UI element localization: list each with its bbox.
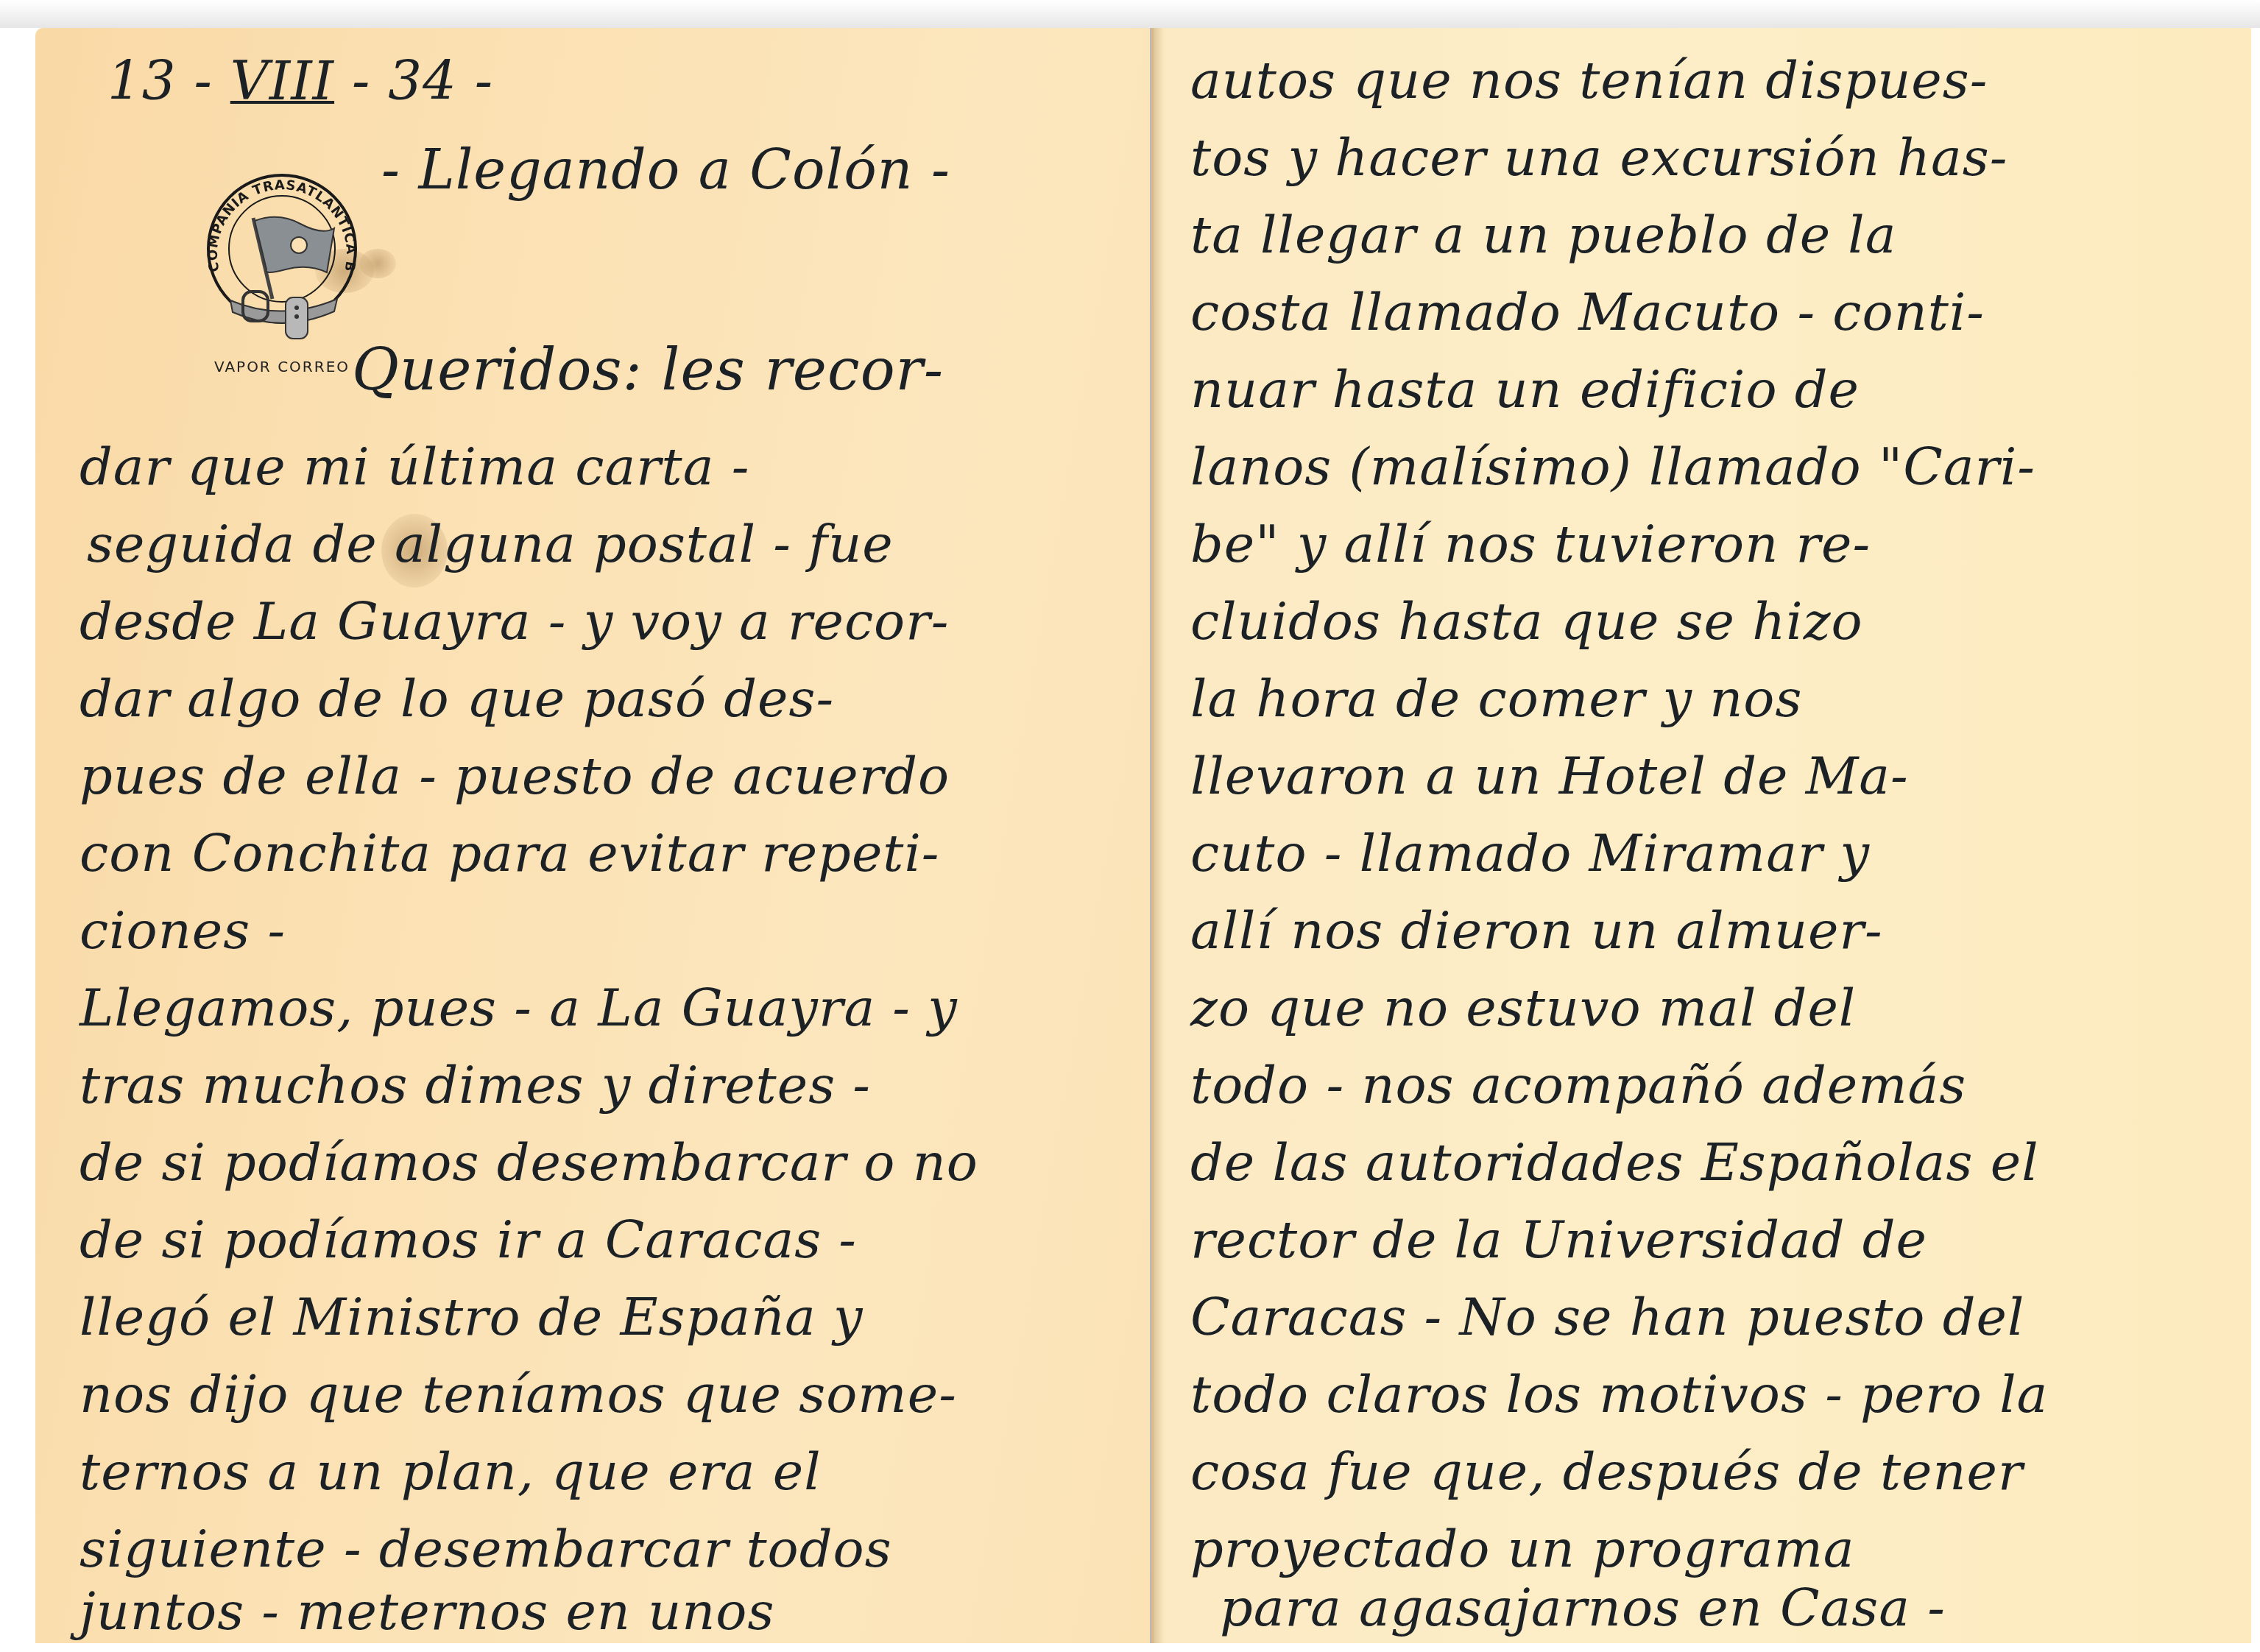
letter-line: tras muchos dimes y diretes - bbox=[80, 1055, 871, 1115]
letter-line: be" y allí nos tuvieron re- bbox=[1190, 514, 1871, 574]
letter-line: de si podíamos ir a Caracas - bbox=[80, 1210, 857, 1270]
letter-line: ternos a un plan, que era el bbox=[80, 1441, 822, 1502]
letter-line: todo claros los motivos - pero la bbox=[1190, 1364, 2048, 1425]
scanner-top-edge bbox=[0, 0, 2260, 28]
letter-line: siguiente - desembarcar todos bbox=[80, 1519, 892, 1579]
date-month: VIII bbox=[230, 50, 334, 112]
letter-heading: - Llegando a Colón - bbox=[381, 138, 950, 202]
letter-line: Llegamos, pues - a La Guayra - y bbox=[80, 978, 958, 1038]
letter-line: cluidos hasta que se hizo bbox=[1190, 591, 1863, 652]
letter-line: cuto - llamado Miramar y bbox=[1190, 823, 1870, 883]
letter-line: rector de la Universidad de bbox=[1190, 1210, 1927, 1270]
letter-line: pues de ella - puesto de acuerdo bbox=[80, 746, 950, 806]
letter-line: dar algo de lo que pasó des- bbox=[80, 668, 834, 729]
letter-line: la hora de comer y nos bbox=[1190, 668, 1802, 729]
date-day: 13 - bbox=[107, 50, 213, 112]
letter-line: dar que mi última carta - bbox=[80, 437, 749, 497]
letter-line: todo - nos acompañó además bbox=[1190, 1055, 1966, 1115]
letter-line: Queridos: les recor- bbox=[352, 337, 944, 403]
letter-line: tos y hacer una excursión has- bbox=[1190, 127, 2007, 188]
letter-line: lanos (malísimo) llamado "Cari- bbox=[1190, 437, 2035, 497]
letter-line: juntos - meternos en unos bbox=[80, 1581, 774, 1642]
letter-date: 13 - VIII - 34 - bbox=[107, 50, 493, 112]
letter-line: nos dijo que teníamos que some- bbox=[80, 1364, 957, 1425]
letter-line: nuar hasta un edificio de bbox=[1190, 359, 1860, 420]
letter-line: llevaron a un Hotel de Ma- bbox=[1190, 746, 1909, 806]
letter-line: ciones - bbox=[80, 900, 286, 961]
letter-line: desde La Guayra - y voy a recor- bbox=[80, 591, 949, 652]
letter-line: Caracas - No se han puesto del bbox=[1190, 1287, 2024, 1347]
letter-line: zo que no estuvo mal del bbox=[1190, 978, 1856, 1038]
letter-line: proyectado un programa bbox=[1190, 1519, 1855, 1579]
letter-line: costa llamado Macuto - conti- bbox=[1190, 282, 1985, 342]
date-year: - 34 - bbox=[352, 50, 493, 112]
letter-line: allí nos dieron un almuer- bbox=[1190, 900, 1883, 961]
letter-line: para agasajarnos en Casa - bbox=[1220, 1578, 1946, 1638]
letter-line: seguida de alguna postal - fue bbox=[87, 514, 894, 574]
house-flag-with-belt-icon: COMPAÑIA TRASATLANTICA BARCELONA bbox=[190, 160, 374, 345]
letter-page-left: 13 - VIII - 34 - COMPAÑIA TRASATLANTICA … bbox=[35, 28, 1151, 1643]
letter-line: cosa fue que, después de tener bbox=[1190, 1441, 2023, 1502]
letter-page-right: autos que nos tenían dispues- tos y hace… bbox=[1151, 28, 2251, 1643]
letter-line: llegó el Ministro de España y bbox=[80, 1287, 864, 1347]
letter-line: con Conchita para evitar repeti- bbox=[80, 823, 939, 883]
letter-line: de si podíamos desembarcar o no bbox=[80, 1132, 978, 1193]
center-fold bbox=[1154, 28, 1164, 1643]
letter-line: de las autoridades Españolas el bbox=[1190, 1132, 2039, 1193]
letter-line: autos que nos tenían dispues- bbox=[1190, 50, 1988, 110]
letter-line: ta llegar a un pueblo de la bbox=[1190, 205, 1897, 265]
